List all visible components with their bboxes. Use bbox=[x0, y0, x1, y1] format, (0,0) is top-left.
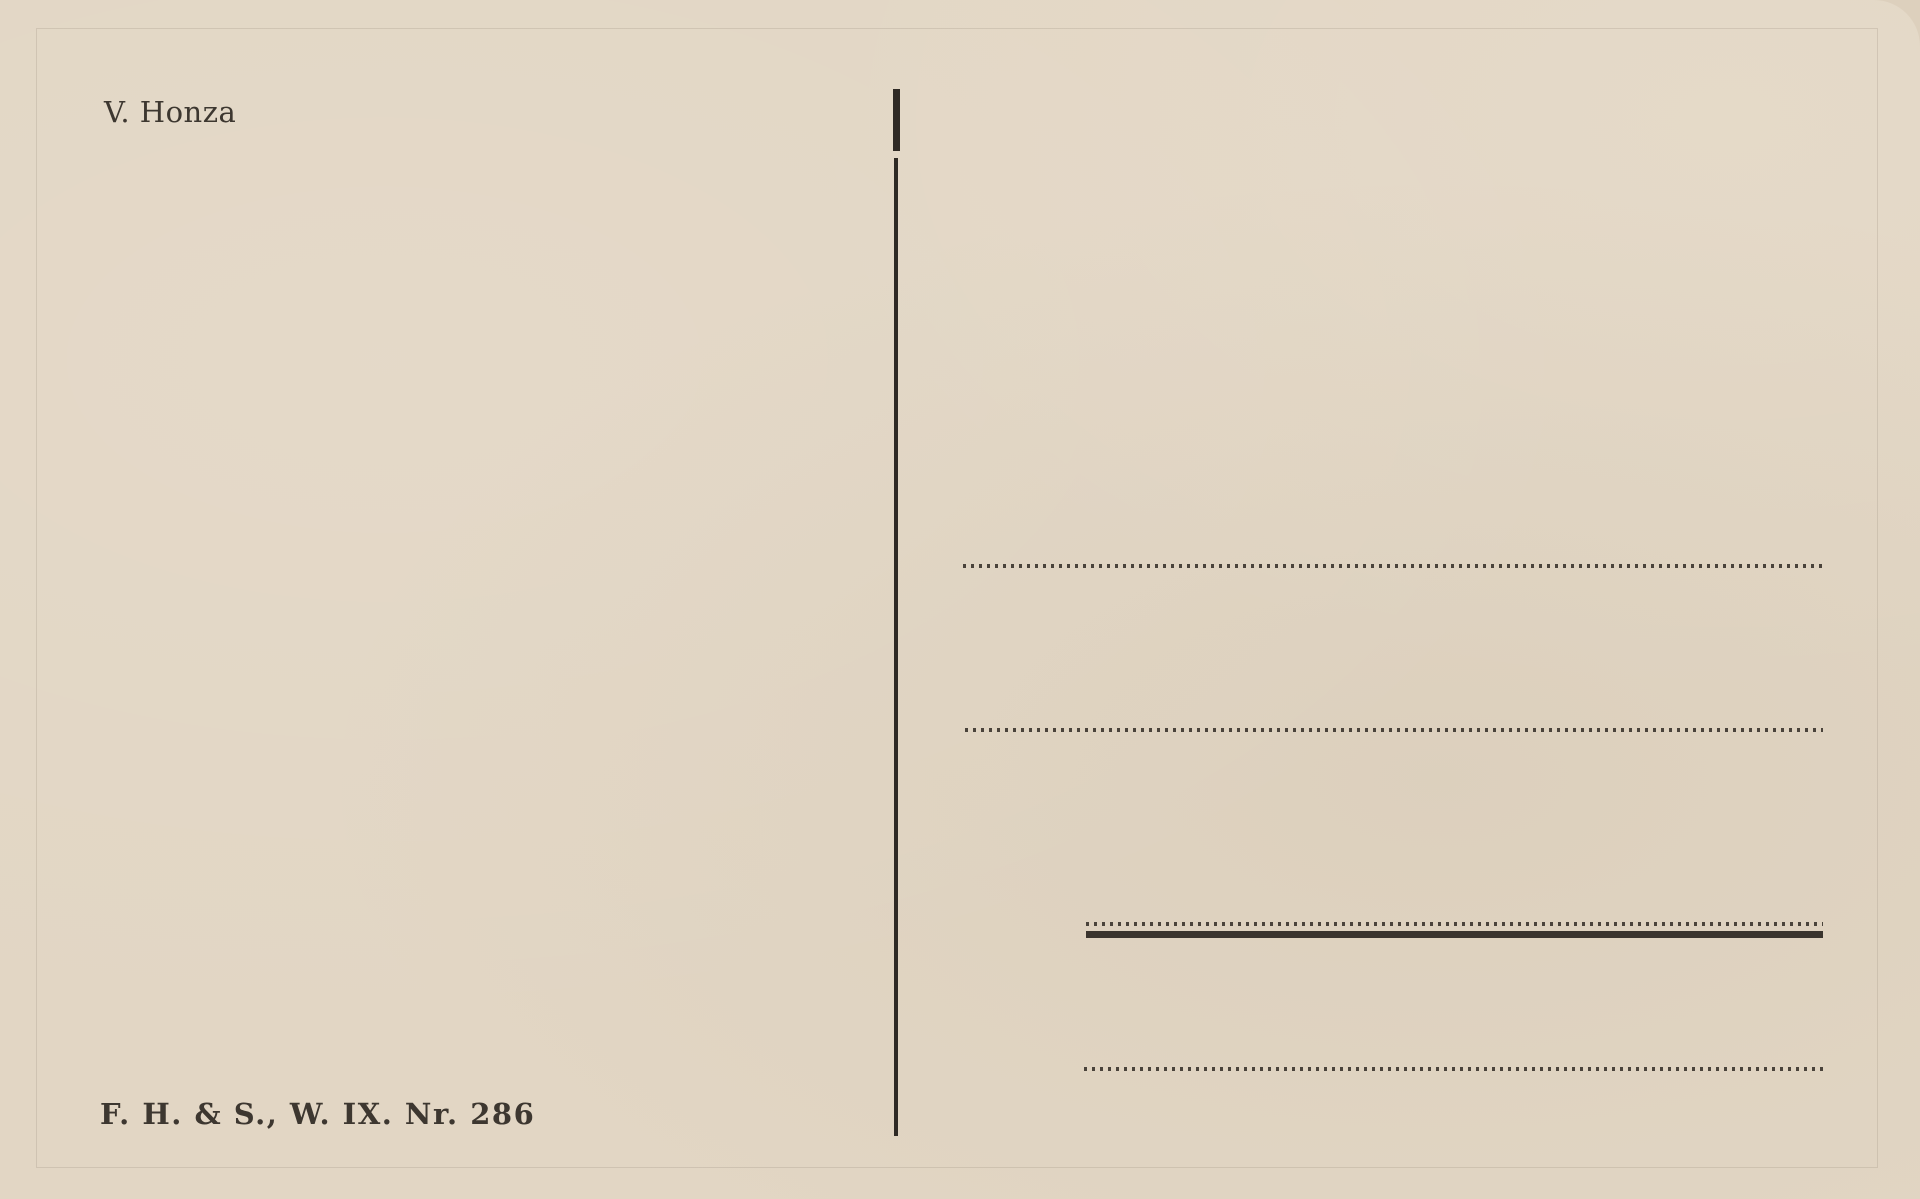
address-line-4 bbox=[1084, 1067, 1823, 1071]
print-border bbox=[36, 28, 1878, 1168]
publisher-imprint: F. H. & S., W. IX. Nr. 286 bbox=[100, 1097, 535, 1131]
center-divider-top bbox=[893, 89, 900, 151]
address-line-1 bbox=[963, 564, 1823, 568]
address-line-3 bbox=[1086, 922, 1823, 926]
center-divider bbox=[894, 158, 898, 1136]
address-underline-solid bbox=[1086, 931, 1823, 938]
artist-credit: V. Honza bbox=[104, 95, 236, 129]
address-line-2 bbox=[965, 728, 1823, 732]
postcard-back: V. Honza F. H. & S., W. IX. Nr. 286 bbox=[0, 0, 1920, 1199]
